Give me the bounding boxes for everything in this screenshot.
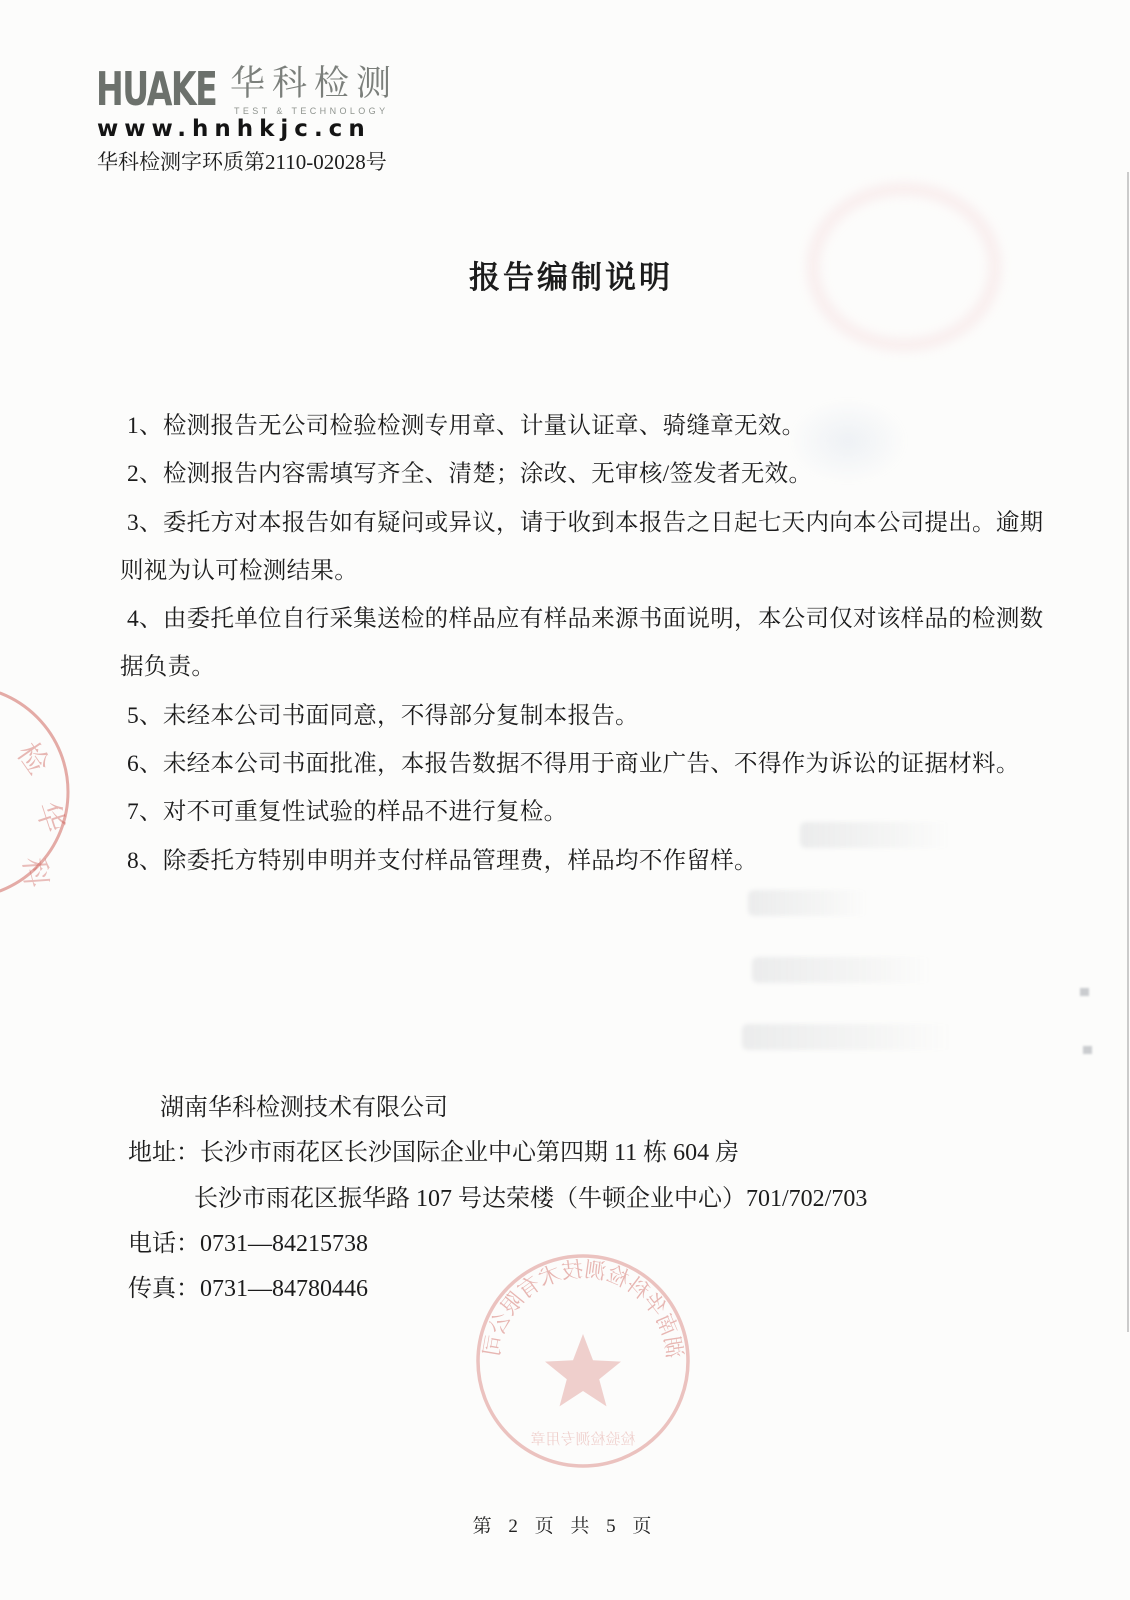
company-fax: 传真：0731—84780446 — [128, 1267, 928, 1312]
note-line-continuation: 据负责。 — [120, 643, 1040, 691]
scan-speck — [1083, 1046, 1092, 1054]
company-phone: 电话：0731—84215738 — [128, 1222, 928, 1267]
company-info: 湖南华科检测技术有限公司 地址：长沙市雨花区长沙国际企业中心第四期 11 栋 6… — [128, 1086, 928, 1312]
note-line: 5、未经本公司书面同意，不得部分复制本报告。 — [120, 692, 1040, 740]
company-name: 湖南华科检测技术有限公司 — [160, 1086, 928, 1131]
company-address-1: 地址：长沙市雨花区长沙国际企业中心第四期 11 栋 604 房 — [128, 1131, 928, 1176]
website-url: www.hnhkjc.cn — [97, 116, 371, 142]
note-line-continuation: 则视为认可检测结果。 — [120, 547, 1040, 595]
bleed-through-text-ghost — [752, 957, 932, 983]
brand-subtitle: TEST & TECHNOLOGY — [234, 106, 389, 116]
scan-speck — [1080, 988, 1089, 996]
company-address-2: 长沙市雨花区振华路 107 号达荣楼（牛顿企业中心）701/702/703 — [194, 1177, 928, 1222]
note-line: 6、未经本公司书面批准，本报告数据不得用于商业广告、不得作为诉讼的证据材料。 — [120, 740, 1040, 788]
seal-bottom-text: 检验检测专用章 — [530, 1430, 635, 1448]
bleed-through-text-ghost — [748, 890, 868, 916]
ink-bleed-ghost — [788, 398, 908, 484]
faint-stamp-ghost — [806, 182, 1002, 352]
bleed-through-text-ghost — [742, 1024, 952, 1050]
report-page: HUAKE 华科检测 TEST & TECHNOLOGY www.hnhkjc.… — [0, 0, 1130, 1600]
note-line: 4、由委托单位自行采集送检的样品应有样品来源书面说明，本公司仅对该样品的检测数 — [120, 595, 1040, 643]
page-number: 第 2 页 共 5 页 — [0, 1511, 1130, 1538]
certificate-number: 华科检测字环质第2110-02028号 — [97, 146, 387, 176]
seal-character: 科 — [17, 856, 52, 888]
star-icon — [545, 1334, 621, 1406]
brand-chinese-name: 华科检测 — [230, 64, 398, 104]
bleed-through-text-ghost — [800, 822, 950, 848]
left-paging-seal-stamp: 检 华 科 — [0, 640, 130, 950]
seal-character: 检 — [10, 737, 54, 781]
huake-logo: HUAKE — [96, 66, 216, 112]
note-line: 3、委托方对本报告如有疑问或异议，请于收到本报告之日起七天内向本公司提出。逾期 — [120, 499, 1040, 547]
seal-character: 华 — [29, 798, 70, 837]
scan-edge-line — [1127, 172, 1129, 1332]
